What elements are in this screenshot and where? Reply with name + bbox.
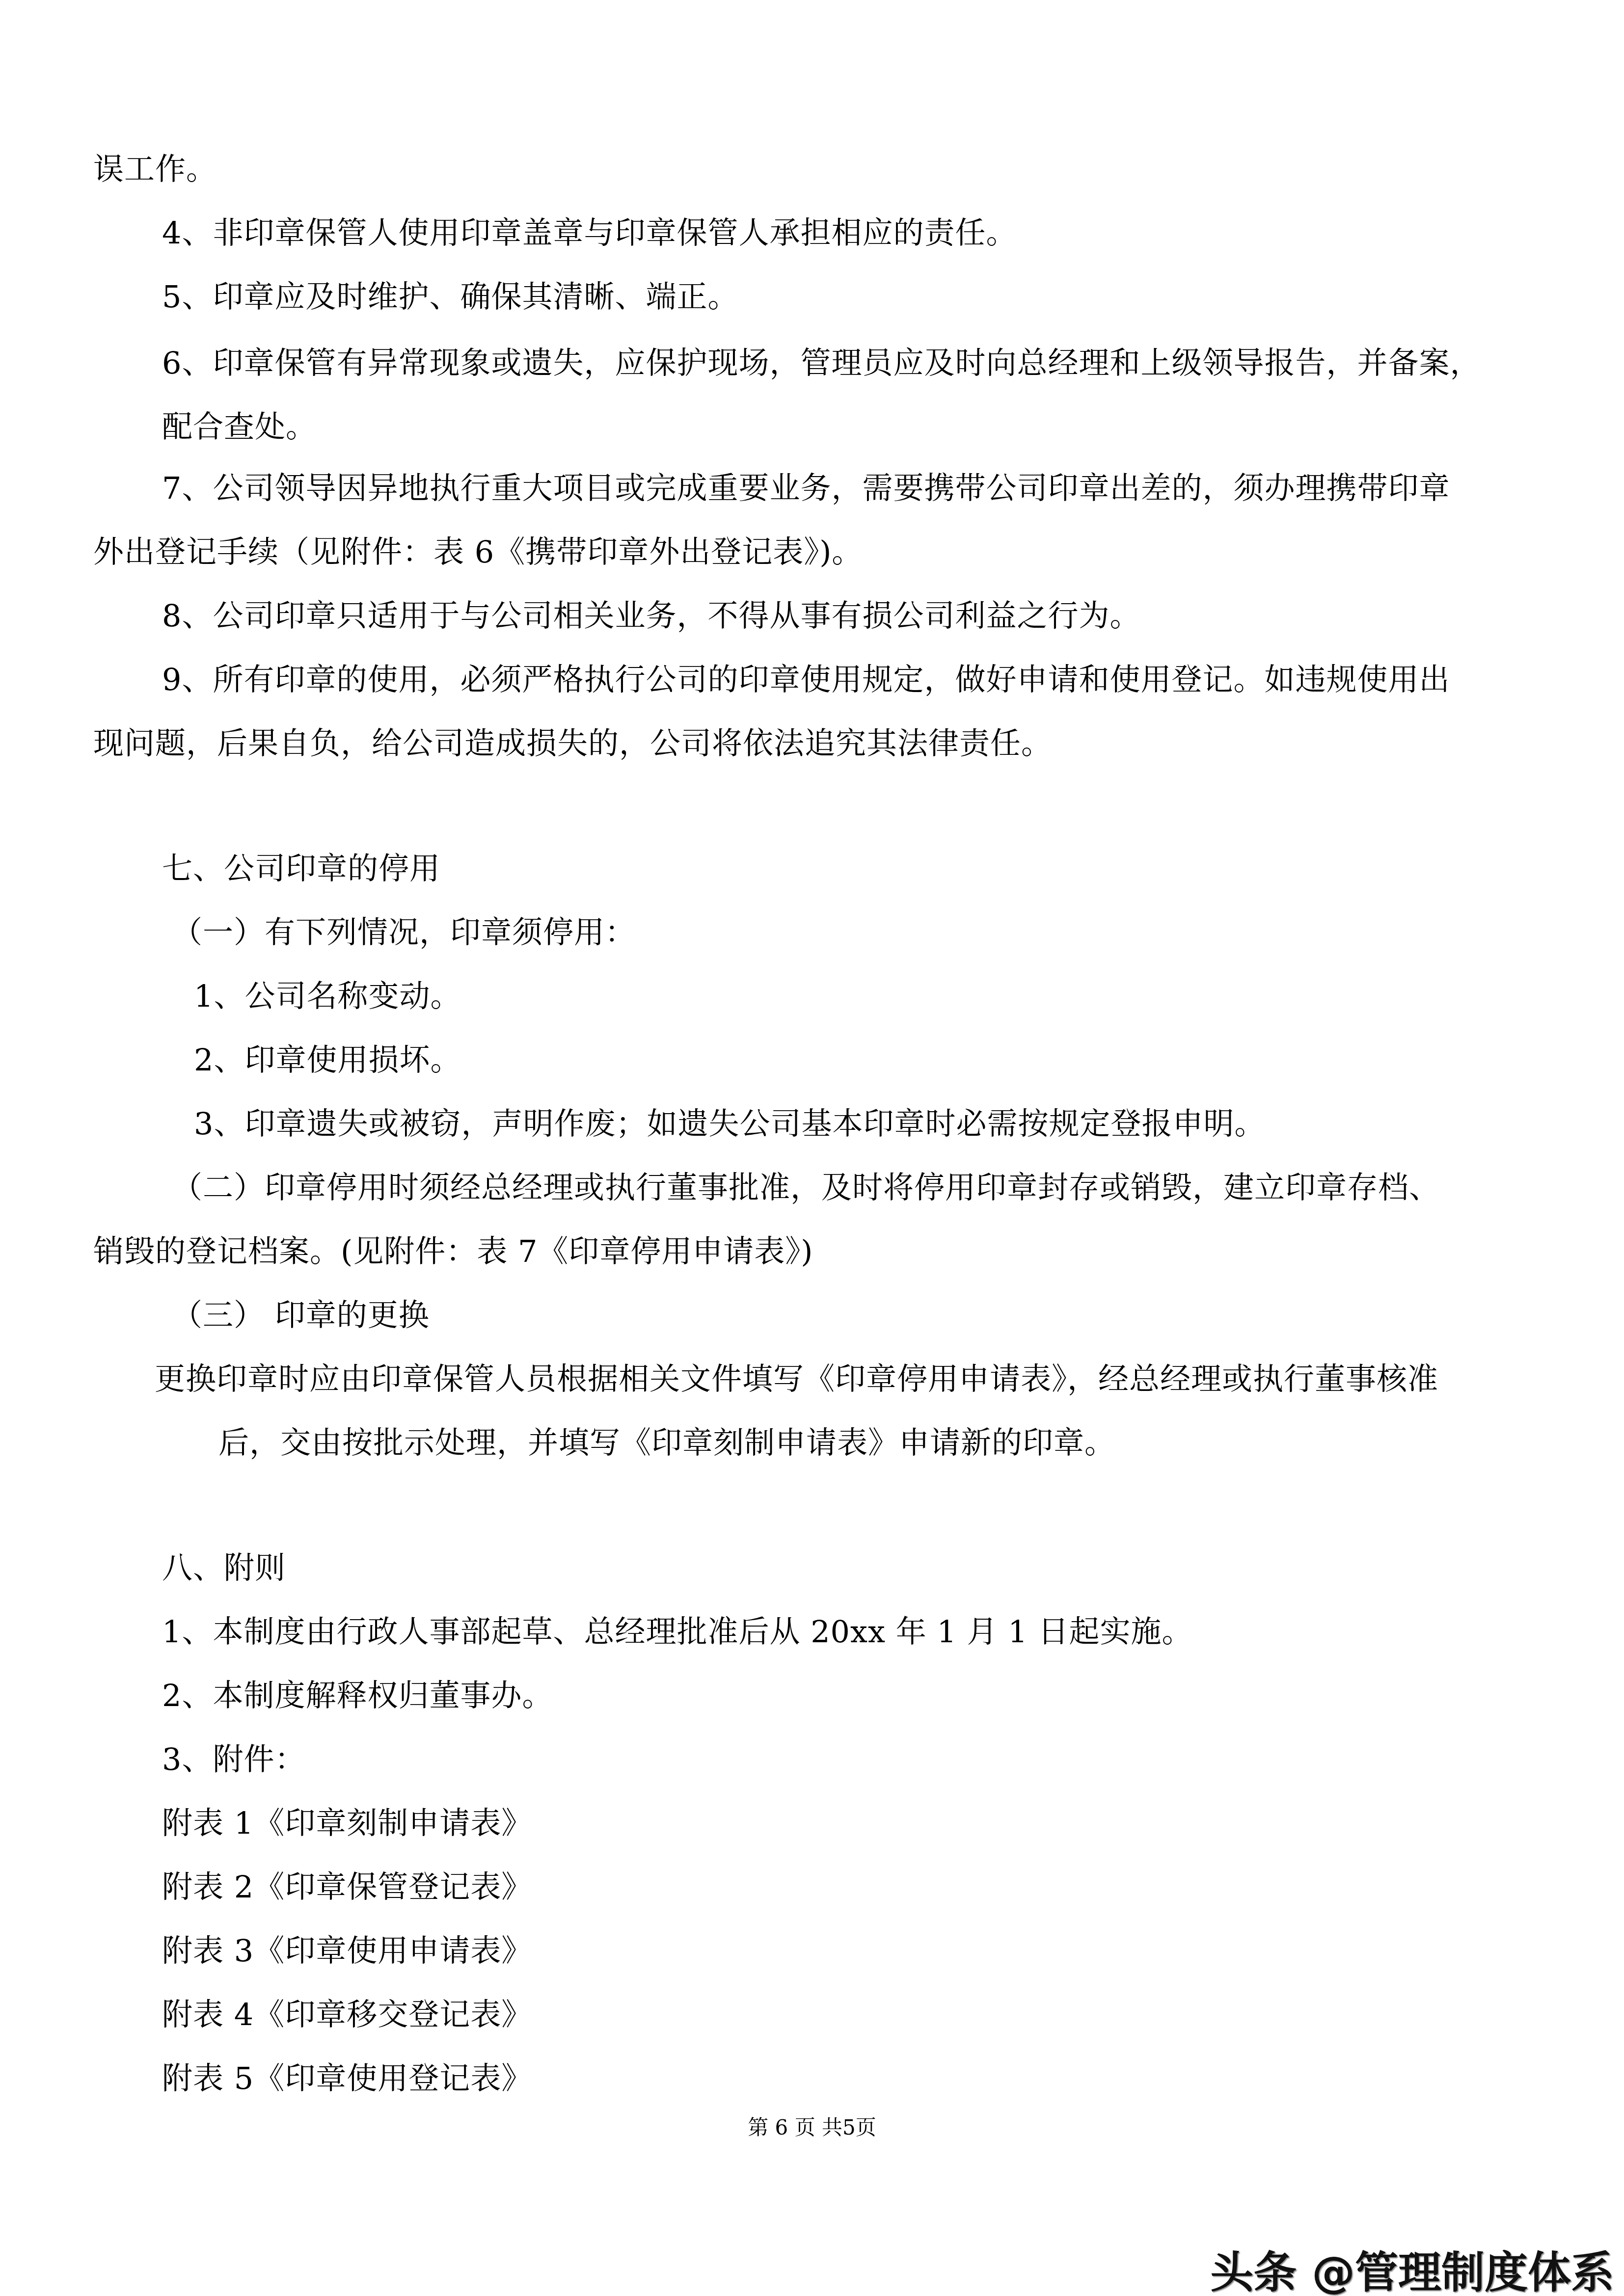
section-7-item-2: 2、印章使用损坏。: [194, 1041, 461, 1080]
list-item-5: 5、印章应及时维护、确保其清晰、端正。: [162, 277, 738, 317]
attachment-4: 附表 4《印章移交登记表》: [162, 1995, 532, 2034]
attachment-1: 附表 1《印章刻制申请表》: [162, 1804, 532, 1843]
attachment-2: 附表 2《印章保管登记表》: [162, 1868, 532, 1907]
list-item-4: 4、非印章保管人使用印章盖章与印章保管人承担相应的责任。: [162, 214, 1017, 253]
list-item-8: 8、公司印章只适用于与公司相关业务，不得从事有损公司利益之行为。: [162, 596, 1140, 636]
section-8-item-1: 1、本制度由行政人事部起草、总经理批准后从 20xx 年 1 月 1 日起实施。: [162, 1612, 1192, 1652]
watermark: 头条 @管理制度体系: [1210, 2245, 1614, 2296]
replacement-paragraph-continuation: 后，交由按批示处理，并填写《印章刻制申请表》申请新的印章。: [218, 1423, 1115, 1463]
replacement-paragraph: 更换印章时应由印章保管人员根据相关文件填写《印章停用申请表》，经总经理或执行董事…: [155, 1360, 1438, 1399]
list-item-7: 7、公司领导因异地执行重大项目或完成重要业务，需要携带公司印章出差的，须办理携带…: [162, 469, 1450, 508]
paragraph-continuation: 误工作。: [93, 150, 217, 189]
section-7-heading: 七、公司印章的停用: [162, 849, 440, 888]
section-7-sub-3: （三） 印章的更换: [172, 1296, 430, 1335]
list-item-9-continuation: 现问题，后果自负，给公司造成损失的，公司将依法追究其法律责任。: [93, 724, 1052, 763]
section-8-item-3: 3、附件：: [162, 1740, 305, 1779]
section-8-item-2: 2、本制度解释权归董事办。: [162, 1676, 553, 1715]
list-item-6: 6、印章保管有异常现象或遗失，应保护现场，管理员应及时向总经理和上级领导报告，并…: [162, 344, 1481, 383]
section-7-sub-2: （二）印章停用时须经总经理或执行董事批准，及时将停用印章封存或销毁，建立印章存档…: [172, 1168, 1440, 1207]
page-footer: 第 6 页 共5页: [0, 2115, 1624, 2140]
section-8-heading: 八、附则: [162, 1548, 286, 1588]
attachment-3: 附表 3《印章使用申请表》: [162, 1931, 532, 1971]
section-7-item-1: 1、公司名称变动。: [194, 977, 461, 1016]
list-item-9: 9、所有印章的使用，必须严格执行公司的印章使用规定，做好申请和使用登记。如违规使…: [162, 660, 1450, 699]
attachment-5: 附表 5《印章使用登记表》: [162, 2059, 532, 2098]
list-item-7-continuation: 外出登记手续（见附件：表 6《携带印章外出登记表》)。: [93, 533, 863, 572]
list-item-6-continuation: 配合查处。: [162, 407, 317, 447]
section-7-sub-2-continuation: 销毁的登记档案。(见附件：表 7《印章停用申请表》): [93, 1232, 813, 1271]
section-7-item-3: 3、印章遗失或被窃，声明作废；如遗失公司基本印章时必需按规定登报申明。: [194, 1104, 1265, 1144]
section-7-sub-1: （一）有下列情况，印章须停用：: [172, 913, 636, 952]
